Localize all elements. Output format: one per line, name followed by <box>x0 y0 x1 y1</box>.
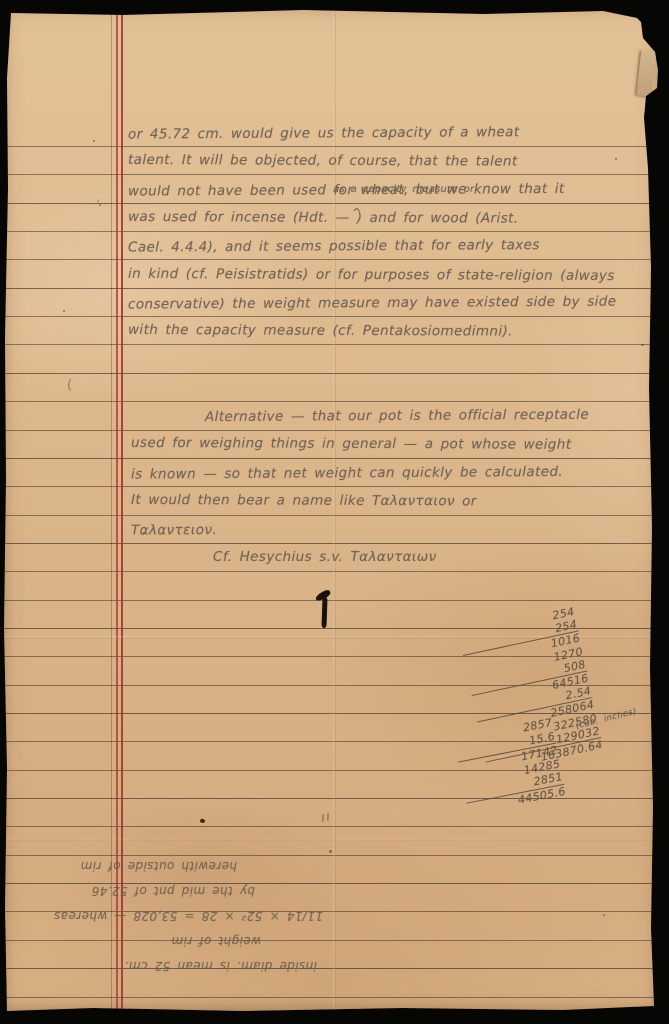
handwriting-line: Ταλαντειον. <box>131 513 636 544</box>
paper-speck <box>329 850 332 853</box>
handwriting-line: herewith outside of rim <box>27 853 325 878</box>
main-paragraph-2: Alternative — that our pot is the offici… <box>131 401 636 543</box>
stray-paren-mark: ( <box>65 378 73 394</box>
pencil-tick <box>322 814 324 822</box>
stray-comma-mark: , <box>97 190 101 204</box>
caret-mark: ^ <box>352 206 362 219</box>
ruled-line <box>3 571 658 572</box>
ink-blot <box>321 597 327 628</box>
ruled-line <box>3 600 658 601</box>
paper-speck <box>641 344 644 346</box>
main-paragraph-1: or 45.72 cm. would give us the capacity … <box>128 118 638 345</box>
horizontal-fold-crease <box>3 838 658 841</box>
paper-speck <box>143 532 145 534</box>
handwriting-line: conservative) the weight measure may hav… <box>128 287 638 318</box>
handwriting-line: in kind (cf. Peisistratids) or for purpo… <box>128 259 638 290</box>
paper-speck <box>93 140 95 142</box>
handwriting-line: inside diam. is mean 52 cm. <box>27 953 325 978</box>
upside-down-note: inside diam. is mean 52 cm.weight of rim… <box>27 853 325 978</box>
reference-line: Cf. Hesychius s.v. Ταλανταιων <box>213 544 533 571</box>
scanned-page: or 45.72 cm. would give us the capacity … <box>3 8 658 1013</box>
handwriting-line: was used for incense (Hdt. — ) and for w… <box>128 202 638 233</box>
handwriting-line: It would then bear a name like Ταλανταιο… <box>131 485 636 516</box>
handwriting-line: is known — so that net weight can quickl… <box>131 456 636 487</box>
ruled-line <box>3 997 658 998</box>
handwriting-line: by the mid pnt of 52.46 <box>27 878 325 903</box>
handwriting-line: with the capacity measure (cf. Pentakosi… <box>128 315 638 346</box>
paper-speck <box>603 914 605 916</box>
interline-insertion: as a capacity measure or <box>333 184 474 195</box>
paper-stain <box>199 818 205 823</box>
handwriting-line: Alternative — that our pot is the offici… <box>131 399 636 430</box>
handwriting-line: 11/14 × 52² × 28 = 53,028 — whereas <box>27 903 325 928</box>
multiplication-column-2: 285715.61714214285285144505.6 <box>453 716 567 817</box>
paper-speck <box>615 158 617 160</box>
paper-speck <box>63 310 65 312</box>
handwriting-line: talent. It will be objected, of course, … <box>128 145 638 176</box>
handwriting-line: or 45.72 cm. would give us the capacity … <box>128 116 638 147</box>
handwriting-line: Cael. 4.4.4), and it seems possible that… <box>128 230 638 261</box>
torn-edge-flap <box>637 49 657 96</box>
pencil-tick <box>327 813 329 821</box>
ruled-line <box>3 826 658 827</box>
ruled-line <box>3 373 658 374</box>
handwriting-line: weight of rim <box>27 928 325 953</box>
paper-speck <box>99 204 101 206</box>
handwriting-line: used for weighing things in general — a … <box>131 428 636 459</box>
